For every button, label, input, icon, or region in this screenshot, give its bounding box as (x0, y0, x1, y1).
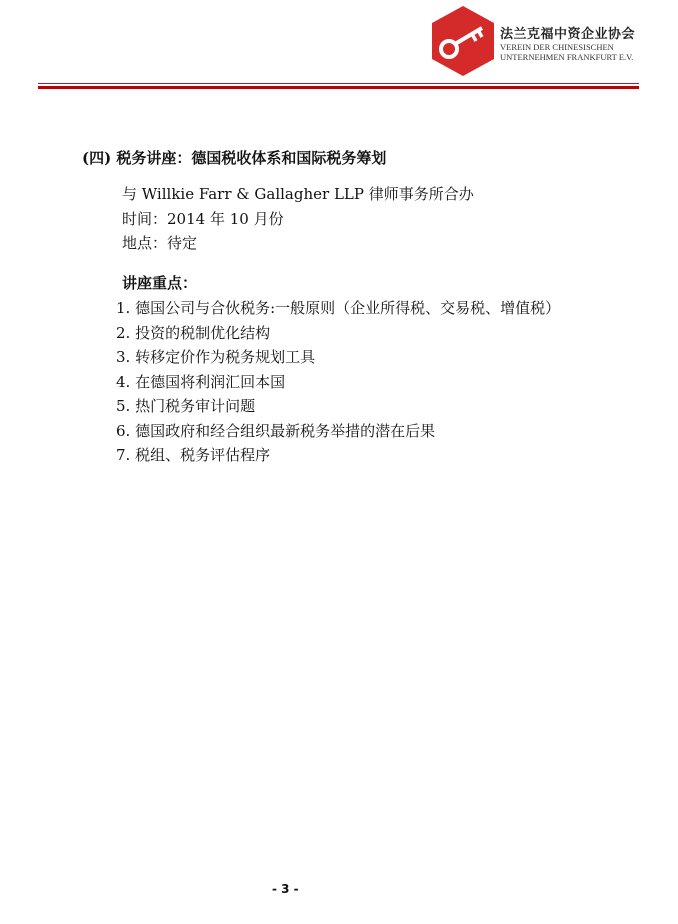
org-name-de-line1: VEREIN DER CHINESISCHEN (500, 42, 633, 52)
list-item: 6. 德国政府和经合组织最新税务举措的潜在后果 (116, 419, 560, 444)
list-item: 4. 在德国将利润汇回本国 (116, 370, 560, 395)
cohost-line: 与 Willkie Farr & Gallagher LLP 律师事务所合办 (122, 183, 474, 204)
header-rule-thin (38, 83, 639, 84)
list-item: 1. 德国公司与合伙税务:一般原则（企业所得税、交易税、增值税） (116, 296, 560, 321)
key-hexagon-icon (432, 6, 494, 76)
list-item: 5. 热门税务审计问题 (116, 394, 560, 419)
org-name-cn: 法兰克福中资企业协会 (500, 23, 635, 42)
list-item: 2. 投资的税制优化结构 (116, 321, 560, 346)
list-item: 7. 税组、税务评估程序 (116, 443, 560, 468)
org-name-de-line2: UNTERNEHMEN FRANKFURT E.V. (500, 52, 633, 62)
header-rule-thick (38, 86, 639, 89)
org-name-de: VEREIN DER CHINESISCHEN UNTERNEHMEN FRAN… (500, 42, 633, 62)
focus-title: 讲座重点： (122, 272, 197, 293)
page-number: - 3 - (272, 882, 299, 896)
time-line: 时间：2014 年 10 月份 (122, 208, 284, 229)
list-item: 3. 转移定价作为税务规划工具 (116, 345, 560, 370)
location-line: 地点：待定 (122, 232, 197, 253)
section-title: (四) 税务讲座：德国税收体系和国际税务筹划 (82, 147, 386, 168)
focus-list: 1. 德国公司与合伙税务:一般原则（企业所得税、交易税、增值税） 2. 投资的税… (116, 296, 560, 468)
